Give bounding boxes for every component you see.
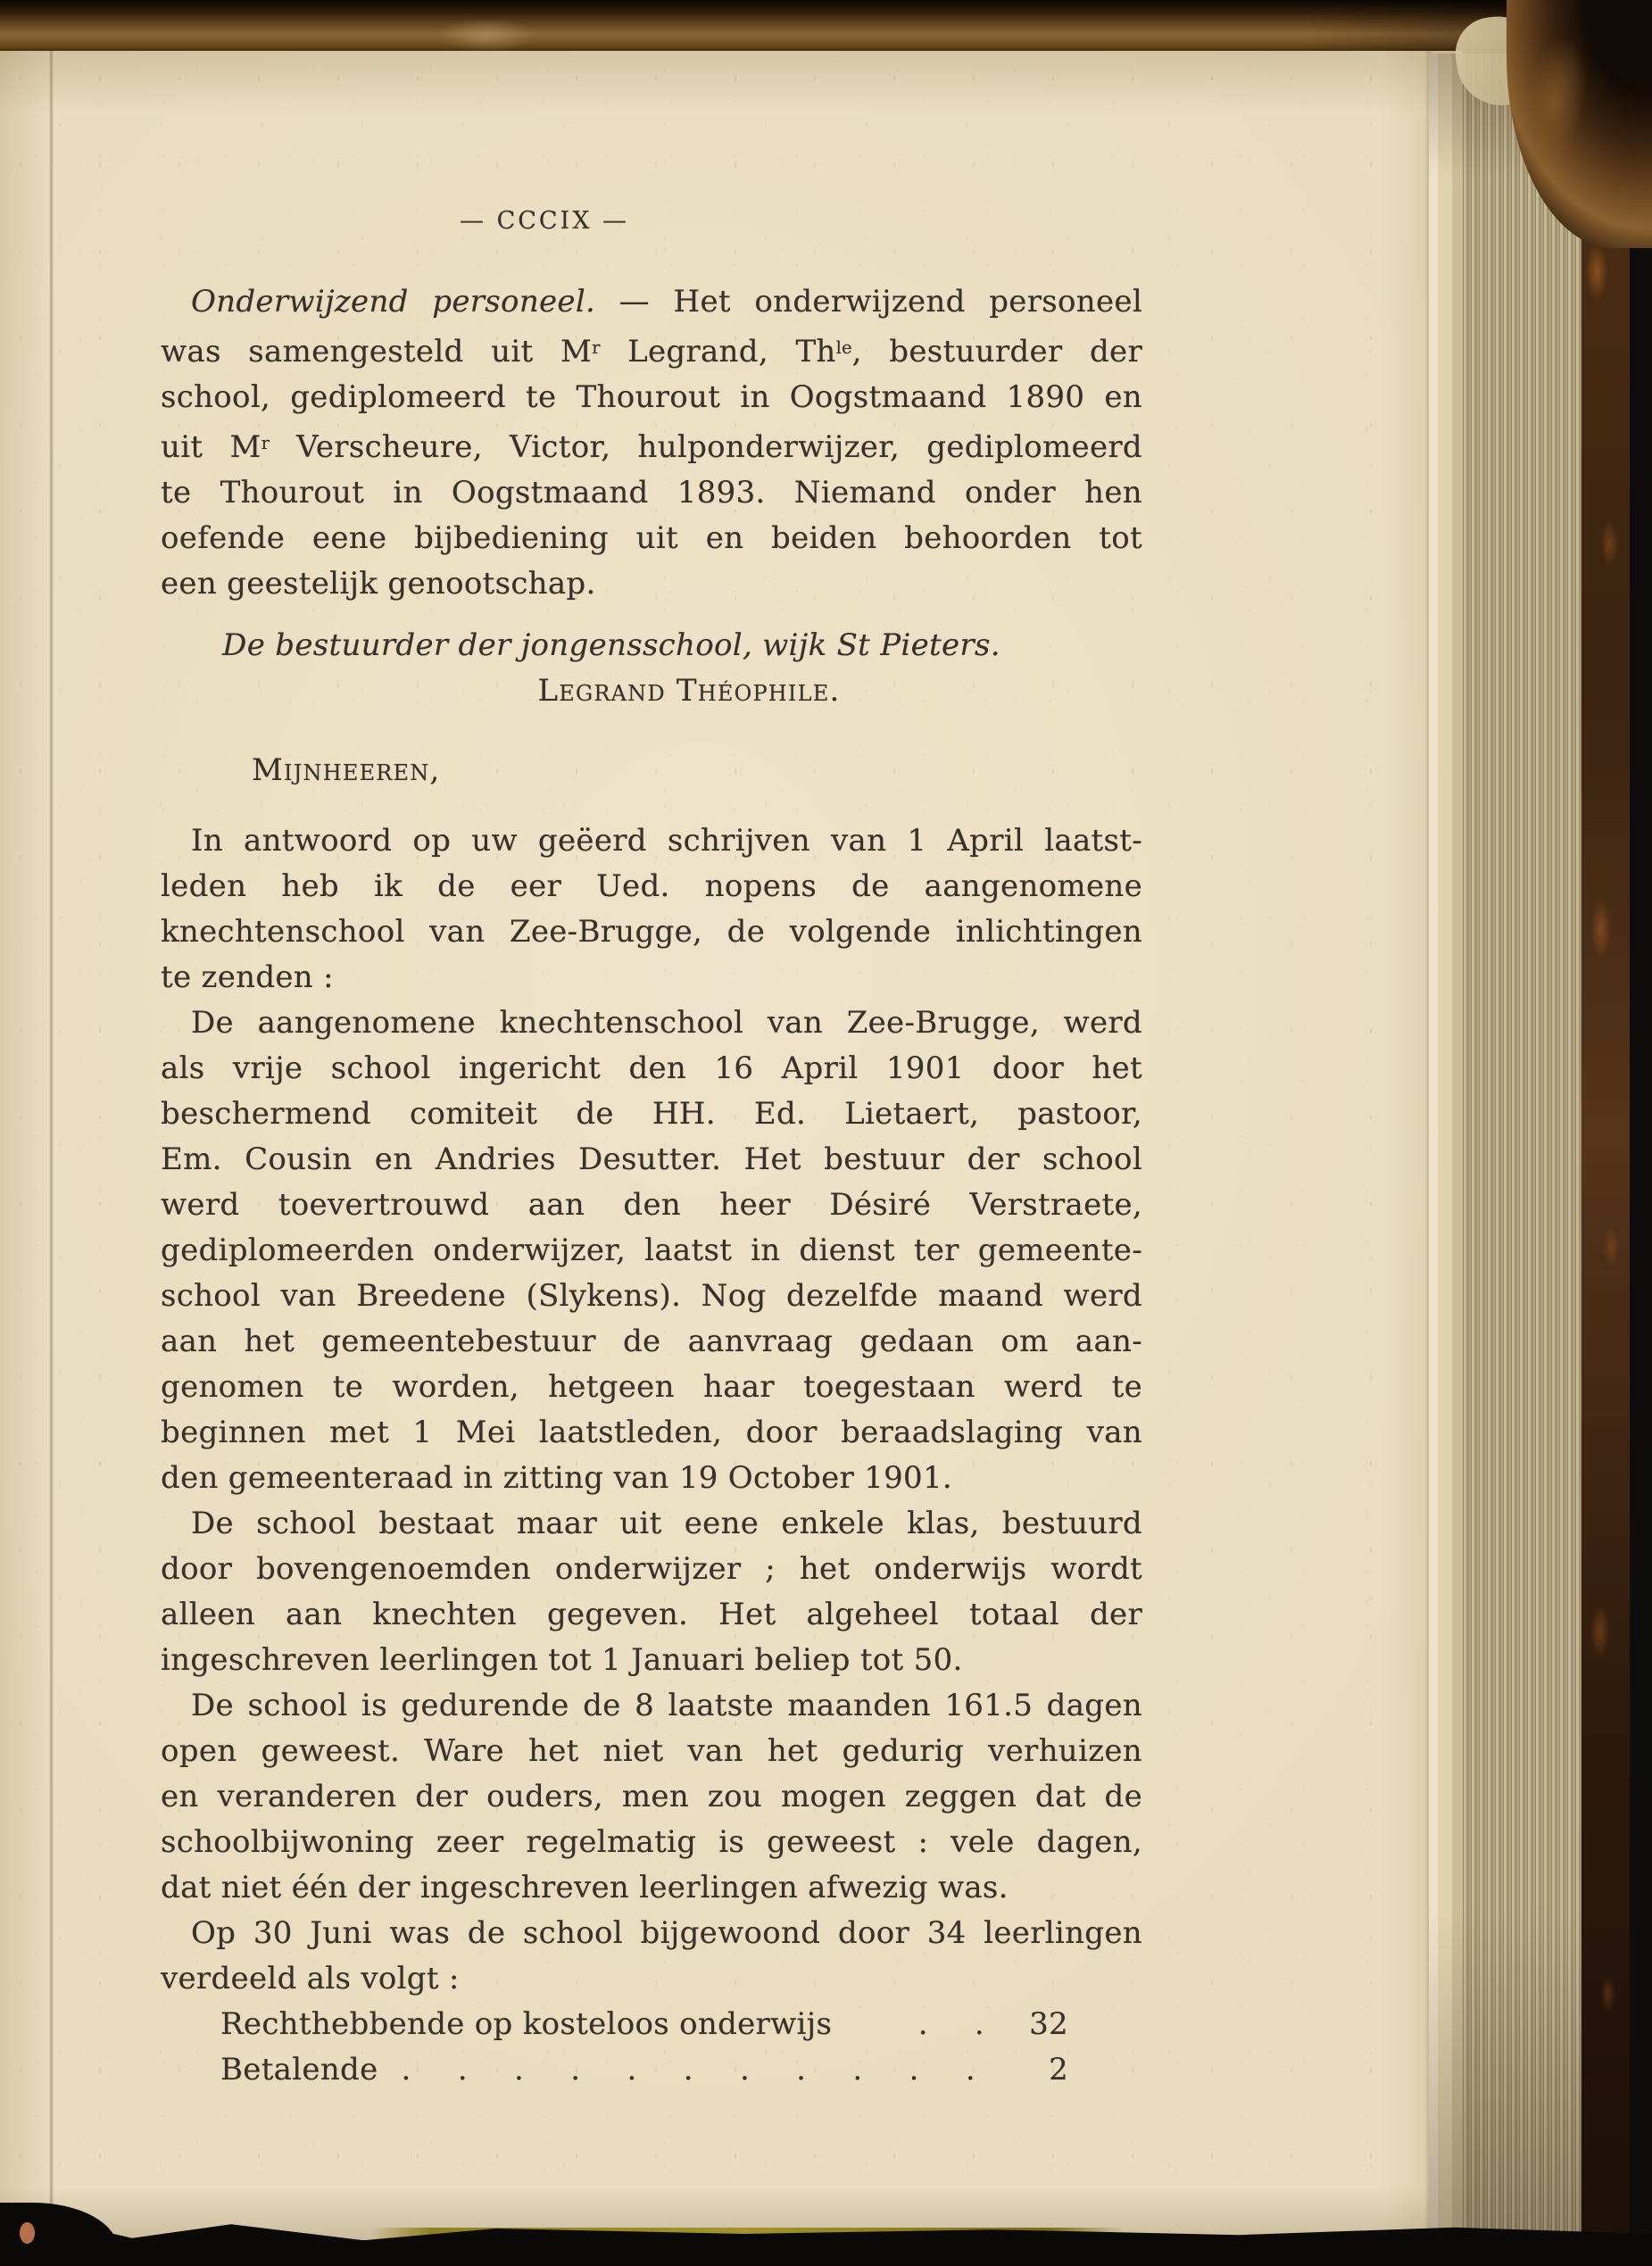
text-line: De school bestaat maar uit eene enkele k… — [161, 1501, 1142, 1547]
text-line: gediplomeerden onderwijzer, laatst in di… — [161, 1228, 1142, 1274]
text-segment: knechtenschool van Zee-Brugge, de volgen… — [161, 914, 1142, 950]
row-label: Betalende — [220, 2047, 378, 2093]
dot-leader: .. — [832, 2002, 988, 2047]
text-segment: was samengesteld uit M — [161, 334, 592, 369]
text-segment: ingeschreven leerlingen tot 1 Januari be… — [161, 1642, 963, 1678]
text-segment: De aangenomene knechtenschool van Zee-Br… — [191, 1005, 1142, 1041]
leader-dot: . — [796, 2047, 806, 2093]
text-segment: verdeeld als volgt : — [161, 1961, 460, 1996]
text-segment: open geweest. Ware het niet van het gedu… — [161, 1733, 1142, 1769]
text-line: uit Mr Verscheure, Victor, hulponderwijz… — [161, 420, 1142, 470]
superscript-text: r — [261, 433, 270, 453]
text-segment: genomen te worden, hetgeen haar toegesta… — [161, 1369, 1142, 1405]
text-line: beschermend comiteit de HH. Ed. Lietaert… — [161, 1091, 1142, 1137]
text-line: Onderwijzend personeel. — Het onderwijze… — [161, 279, 1142, 325]
book-cover-top-edge — [0, 0, 1590, 57]
leader-dot: . — [458, 2047, 468, 2093]
signature-name-line: Legrand Théophile. — [198, 668, 1180, 714]
text-line: te Thourout in Oogstmaand 1893. Niemand … — [161, 470, 1142, 516]
text-line: oefende eene bijbediening uit en beiden … — [161, 516, 1142, 561]
leader-dot: . — [918, 2002, 928, 2047]
text-segment: aan het gemeentebestuur de aanvraag geda… — [161, 1324, 1142, 1359]
text-line: knechtenschool van Zee-Brugge, de volgen… — [161, 909, 1142, 955]
leader-dot: . — [402, 2047, 411, 2093]
text-line: dat niet één der ingeschreven leerlingen… — [161, 1865, 1142, 1911]
leader-dot: . — [684, 2047, 693, 2093]
text-segment: te zenden : — [161, 959, 334, 995]
text-segment: door bovengenoemden onderwijzer ; het on… — [161, 1551, 1142, 1587]
leader-dot: . — [570, 2047, 580, 2093]
text-segment: te Thourout in Oogstmaand 1893. Niemand … — [161, 475, 1142, 510]
text-segment: oefende eene bijbediening uit en beiden … — [161, 520, 1142, 556]
page-number: — CCCIX — — [54, 198, 1035, 244]
text-line: en veranderen der ouders, men zou mogen … — [161, 1774, 1142, 1820]
text-line: verdeeld als volgt : — [161, 1956, 1142, 2002]
text-segment: alleen aan knechten gegeven. Het algehee… — [161, 1597, 1142, 1632]
bottom-left-speck — [20, 2222, 35, 2244]
row-value: 32 — [988, 2002, 1068, 2047]
text-line: open geweest. Ware het niet van het gedu… — [161, 1729, 1142, 1774]
enrollment-row: Betalende...........2 — [220, 2047, 1142, 2093]
text-line: In antwoord op uw geëerd schrijven van 1… — [161, 818, 1142, 864]
spacer — [161, 714, 1142, 748]
leader-dot: . — [740, 2047, 750, 2093]
text-segment: en veranderen der ouders, men zou mogen … — [161, 1779, 1142, 1814]
text-line: De aangenomene knechtenschool van Zee-Br… — [161, 1000, 1142, 1046]
text-segment: als vrije school ingericht den 16 April … — [161, 1050, 1142, 1086]
text-line: door bovengenoemden onderwijzer ; het on… — [161, 1547, 1142, 1592]
text-line: alleen aan knechten gegeven. Het algehee… — [161, 1592, 1142, 1638]
text-segment: uit M — [161, 429, 261, 465]
text-segment: , bestuurder der — [852, 334, 1142, 369]
italic-text: Onderwijzend personeel. — [191, 284, 595, 320]
spacer — [161, 607, 1142, 623]
text-segment: werd toevertrouwd aan den heer Désiré Ve… — [161, 1187, 1142, 1223]
stacked-page-edges — [1429, 54, 1582, 2236]
row-value: 2 — [988, 2047, 1068, 2093]
text-line: den gemeenteraad in zitting van 19 Octob… — [161, 1456, 1142, 1501]
text-segment: Verscheure, Victor, hulponderwijzer, ged… — [270, 429, 1142, 465]
leader-dot: . — [975, 2002, 984, 2047]
text-line: Op 30 Juni was de school bijgewoond door… — [161, 1911, 1142, 1956]
text-line: schoolbijwoning zeer regelmatig is gewee… — [161, 1820, 1142, 1865]
leader-dot: . — [909, 2047, 919, 2093]
text-segment: beginnen met 1 Mei laatstleden, door ber… — [161, 1415, 1142, 1450]
text-segment: school, gediplomeerd te Thourout in Oogs… — [161, 379, 1142, 415]
text-segment: een geestelijk genootschap. — [161, 566, 596, 602]
text-line: beginnen met 1 Mei laatstleden, door ber… — [161, 1410, 1142, 1456]
salutation: Mijnheeren, — [161, 748, 1142, 793]
text-line: ingeschreven leerlingen tot 1 Januari be… — [161, 1638, 1142, 1683]
text-line: De school is gedurende de 8 laatste maan… — [161, 1683, 1142, 1729]
text-segment: beschermend comiteit de HH. Ed. Lietaert… — [161, 1096, 1142, 1132]
enrollment-row: Rechthebbende op kosteloos onderwijs..32 — [220, 2002, 1142, 2047]
text-segment: In antwoord op uw geëerd schrijven van 1… — [191, 823, 1142, 859]
text-segment: Legrand, Th — [601, 334, 836, 369]
text-line: genomen te worden, hetgeen haar toegesta… — [161, 1365, 1142, 1410]
spacer — [161, 793, 1142, 818]
leader-dot: . — [852, 2047, 862, 2093]
leader-dot: . — [966, 2047, 975, 2093]
text-line: was samengesteld uit Mr Legrand, Thle, b… — [161, 325, 1142, 375]
page-left-crease — [49, 51, 54, 2236]
text-segment: leden heb ik de eer Ued. nopens de aange… — [161, 868, 1142, 904]
text-blocks: Onderwijzend personeel. — Het onderwijze… — [161, 279, 1142, 2093]
leather-cover-strip — [1581, 0, 1630, 2266]
scanned-book-page: — CCCIX — Onderwijzend personeel. — Het … — [0, 0, 1652, 2266]
text-segment: schoolbijwoning zeer regelmatig is gewee… — [161, 1824, 1142, 1860]
text-line: werd toevertrouwd aan den heer Désiré Ve… — [161, 1183, 1142, 1228]
signature-title-line: De bestuurder der jongensschool, wijk St… — [120, 623, 1102, 668]
leader-dot: . — [514, 2047, 524, 2093]
text-line: leden heb ik de eer Ued. nopens de aange… — [161, 864, 1142, 909]
text-line: een geestelijk genootschap. — [161, 561, 1142, 607]
text-line: aan het gemeentebestuur de aanvraag geda… — [161, 1319, 1142, 1365]
text-segment: Op 30 Juni was de school bijgewoond door… — [191, 1915, 1142, 1951]
text-line: Em. Cousin en Andries Desutter. Het best… — [161, 1137, 1142, 1183]
text-segment: — Het onderwijzend personeel — [595, 284, 1142, 320]
text-segment: De school is gedurende de 8 laatste maan… — [191, 1688, 1142, 1723]
text-segment: gediplomeerden onderwijzer, laatst in di… — [161, 1233, 1142, 1268]
leader-dot: . — [627, 2047, 636, 2093]
dot-leader: ........... — [378, 2047, 988, 2093]
text-segment: den gemeenteraad in zitting van 19 Octob… — [161, 1460, 952, 1496]
text-line: school van Breedene (Slykens). Nog dezel… — [161, 1274, 1142, 1319]
text-line: te zenden : — [161, 955, 1142, 1000]
superscript-text: le — [836, 337, 852, 358]
text-segment: dat niet één der ingeschreven leerlingen… — [161, 1870, 1009, 1905]
row-label: Rechthebbende op kosteloos onderwijs — [220, 2002, 832, 2047]
text-segment: De school bestaat maar uit eene enkele k… — [191, 1506, 1142, 1541]
printed-text-column: — CCCIX — Onderwijzend personeel. — Het … — [161, 198, 1142, 2093]
text-segment: school van Breedene (Slykens). Nog dezel… — [161, 1278, 1142, 1314]
superscript-text: r — [592, 337, 600, 358]
text-line: als vrije school ingericht den 16 April … — [161, 1046, 1142, 1091]
text-line: school, gediplomeerd te Thourout in Oogs… — [161, 375, 1142, 420]
text-segment: Em. Cousin en Andries Desutter. Het best… — [161, 1141, 1142, 1177]
